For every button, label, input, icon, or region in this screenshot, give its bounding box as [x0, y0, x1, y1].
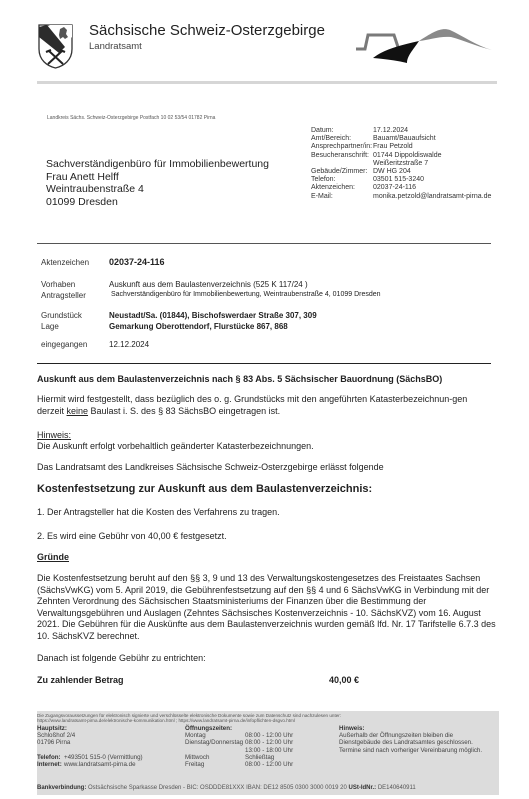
info-value: Bauamt/Bauaufsicht [373, 135, 491, 143]
eingegangen-value: 12.12.2024 [109, 340, 149, 349]
antragsteller-value: Sachverständigenbüro für Immobilienbewer… [111, 291, 381, 298]
bank-label: Bankverbindung: [37, 785, 86, 791]
info-row: Amt/Bereich:Bauamt/Bauaufsicht [311, 135, 491, 143]
info-label: Ansprechpartner/in: [311, 143, 373, 151]
recipient-line: Sachverständigenbüro für Immobilienbewer… [46, 158, 269, 171]
info-value: 01744 Dippoldiswalde [373, 152, 491, 160]
hinweis-label: Hinweis: [37, 430, 497, 442]
hauptsitz-line: Schloßhof 2/4 [37, 732, 75, 739]
info-label: E-Mail: [311, 193, 373, 201]
footer-hinweis-line: Termine sind nach vorheriger Vereinbarun… [339, 747, 482, 754]
divider [37, 243, 491, 244]
betrag-value: 40,00 € [329, 675, 409, 687]
internet-label: Internet: [37, 761, 64, 768]
statement-paragraph: Hiermit wird festgestellt, dass bezüglic… [37, 394, 492, 417]
info-label: Aktenzeichen: [311, 184, 373, 192]
footer: Die Zugangsvoraussetzungen für elektroni… [37, 711, 499, 795]
footer-hinweis-line: Außerhalb der Öffnungszeiten bleiben die [339, 732, 482, 739]
info-label: Datum: [311, 127, 373, 135]
footer-bank: Bankverbindung: Ostsächsische Sparkasse … [37, 785, 416, 791]
info-label: Besucheranschrift: [311, 152, 373, 160]
footer-notice: Die Zugangsvoraussetzungen für elektroni… [37, 713, 341, 724]
header-divider [37, 81, 497, 84]
info-row: Gebäude/Zimmer:DW HG 204 [311, 168, 491, 176]
recipient-line: Frau Anett Helff [46, 171, 269, 184]
info-row: Telefon:03501 515-3240 [311, 176, 491, 184]
emphasis-keine: keine [67, 406, 89, 416]
oeffnung-label: Öffnungszeiten: [185, 725, 232, 732]
info-row: Datum:17.12.2024 [311, 127, 491, 135]
gruende-heading: Gründe [37, 552, 497, 564]
footer-hinweis-line: Dienstgebäude des Landratsamtes geschlos… [339, 739, 482, 746]
info-row: Weißeritzstraße 7 [311, 160, 491, 168]
telefon-label: Telefon: [37, 754, 64, 761]
vorhaben-value: Auskunft aus dem Baulastenverzeichnis (5… [109, 280, 308, 289]
grundstueck-value: Neustadt/Sa. (01844), Bischofswerdaer St… [109, 311, 317, 320]
grundstueck-label: Grundstück [41, 311, 82, 320]
betrag-label: Zu zahlender Betrag [37, 675, 497, 687]
footer-opening-hours: Öffnungszeiten: Montag08:00 - 12:00 Uhr … [185, 725, 293, 768]
org-subtitle: Landratsamt [89, 41, 142, 52]
lage-value: Gemarkung Oberottendorf, Flurstücke 867,… [109, 322, 288, 331]
recipient-line: 01099 Dresden [46, 196, 269, 209]
telefon-value: +493501 515-0 (Vermittlung) [64, 754, 143, 761]
section-title: Auskunft aus dem Baulastenverzeichnis na… [37, 374, 497, 386]
oeffnung-time: Schließtag [245, 754, 274, 761]
divider [37, 363, 491, 364]
hauptsitz-label: Hauptsitz: [37, 725, 67, 732]
info-value: Frau Petzold [373, 143, 491, 151]
info-row: Ansprechpartner/in:Frau Petzold [311, 143, 491, 151]
oeffnung-day: Freitag [185, 761, 245, 768]
info-value: 02037-24-116 [373, 184, 491, 192]
coat-of-arms-icon [37, 23, 74, 69]
oeffnung-time: 08:00 - 12:00 Uhr [245, 761, 293, 768]
footer-hauptsitz: Hauptsitz: Schloßhof 2/4 01796 Pirna [37, 725, 75, 747]
info-row: Aktenzeichen:02037-24-116 [311, 184, 491, 192]
footer-hinweis: Hinweis: Außerhalb der Öffnungszeiten bl… [339, 725, 482, 754]
aktenzeichen-label: Aktenzeichen [41, 258, 89, 267]
issuance-paragraph: Das Landratsamt des Landkreises Sächsisc… [37, 462, 497, 474]
oeffnung-day: Mittwoch [185, 754, 245, 761]
hinweis-text: Die Auskunft erfolgt vorbehaltlich geänd… [37, 441, 497, 453]
info-value: 03501 515-3240 [373, 176, 491, 184]
ust-value: DE140640911 [376, 785, 416, 791]
footer-hinweis-label: Hinweis: [339, 725, 364, 732]
info-block: Datum:17.12.2024 Amt/Bereich:Bauamt/Baua… [311, 127, 491, 201]
sender-return-address: Landkreis Sächs. Schweiz-Osterzgebirge P… [47, 115, 215, 121]
bank-details: Ostsächsische Sparkasse Dresden - BIC: O… [86, 785, 348, 791]
info-label: Amt/Bereich: [311, 135, 373, 143]
info-label [311, 160, 373, 168]
antragsteller-label: Antragsteller [41, 291, 86, 300]
email-link[interactable]: monika.petzold@landratsamt-pirna.de [373, 193, 491, 201]
info-value: DW HG 204 [373, 168, 491, 176]
org-name: Sächsische Schweiz-Osterzgebirge [89, 22, 325, 39]
ust-label: USt-IdNr.: [348, 785, 376, 791]
info-row: E-Mail:monika.petzold@landratsamt-pirna.… [311, 193, 491, 201]
region-logo-icon [355, 28, 495, 64]
info-value: 17.12.2024 [373, 127, 491, 135]
aktenzeichen-value: 02037-24-116 [109, 257, 165, 267]
info-label: Gebäude/Zimmer: [311, 168, 373, 176]
oeffnung-day: Montag [185, 732, 245, 739]
cost-item-1: 1. Der Antragsteller hat die Kosten des … [37, 507, 497, 519]
lage-label: Lage [41, 322, 59, 331]
footer-contact: Telefon:+493501 515-0 (Vermittlung) Inte… [37, 754, 143, 768]
statement-text: Baulast i. S. des § 83 SächsBO eingetrag… [88, 406, 280, 416]
internet-link[interactable]: www.landratsamt-pirna.de [64, 761, 136, 768]
cost-item-2: 2. Es wird eine Gebühr von 40,00 € festg… [37, 531, 497, 543]
oeffnung-time: 13:00 - 18:00 Uhr [245, 747, 293, 754]
recipient-line: Weintraubenstraße 4 [46, 183, 269, 196]
oeffnung-day: Dienstag/Donnerstag [185, 739, 245, 746]
oeffnung-time: 08:00 - 12:00 Uhr [245, 739, 293, 746]
oeffnung-time: 08:00 - 12:00 Uhr [245, 732, 293, 739]
recipient-address: Sachverständigenbüro für Immobilienbewer… [46, 158, 269, 208]
kosten-title: Kostenfestsetzung zur Auskunft aus dem B… [37, 484, 497, 496]
info-label: Telefon: [311, 176, 373, 184]
danach-text: Danach ist folgende Gebühr zu entrichten… [37, 653, 497, 665]
hauptsitz-line: 01796 Pirna [37, 739, 75, 746]
vorhaben-label: Vorhaben [41, 280, 75, 289]
info-value: Weißeritzstraße 7 [373, 160, 491, 168]
footer-notice-link[interactable]: https://www.landratsamt-pirna.de/elektro… [37, 718, 341, 723]
info-row: Besucheranschrift:01744 Dippoldiswalde [311, 152, 491, 160]
eingegangen-label: eingegangen [41, 340, 87, 349]
gruende-paragraph: Die Kostenfestsetzung beruht auf den §§ … [37, 573, 499, 643]
